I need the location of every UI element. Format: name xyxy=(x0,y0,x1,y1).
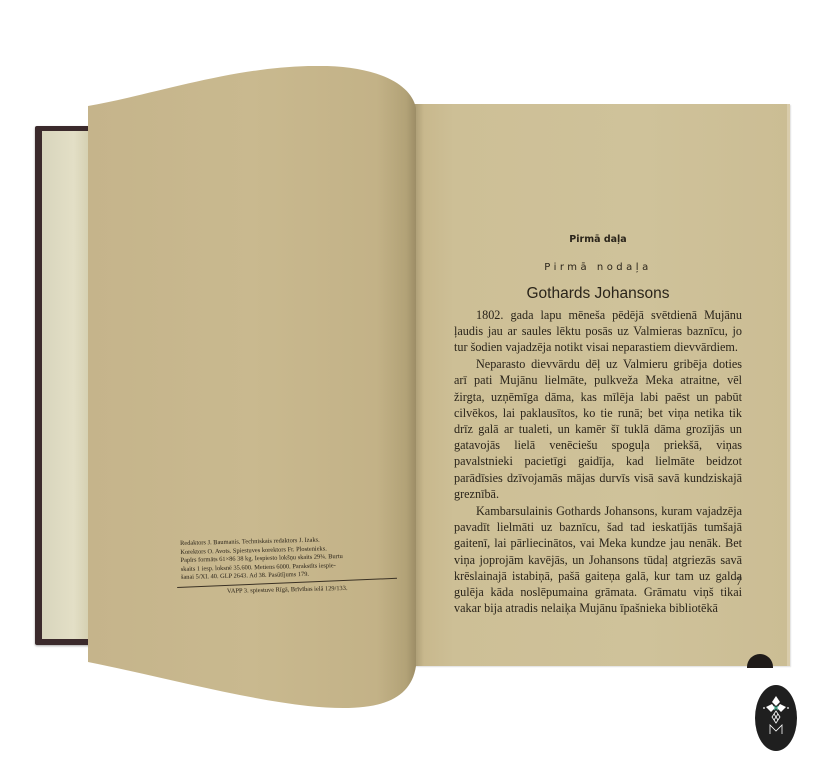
page-edge xyxy=(787,104,790,666)
chapter-text-block: Pirmā daļa Pirmā nodaļa Gothards Johanso… xyxy=(454,232,742,617)
chapter-title: Gothards Johansons xyxy=(454,286,742,302)
chapter-label: Pirmā nodaļa xyxy=(454,260,742,276)
left-page-shape xyxy=(88,66,418,710)
paragraph: 1802. gada lapu mēneša pēdējā svētdienā … xyxy=(454,307,742,356)
imprint-block: Redaktors J. Baumanis. Techniskais redak… xyxy=(180,535,393,598)
page-number: 7 xyxy=(696,574,742,589)
paragraph: Neparasto dievvārdu dēļ uz Valmieru grib… xyxy=(454,356,742,502)
flower-m-monogram-icon xyxy=(754,684,798,752)
part-title: Pirmā daļa xyxy=(454,232,742,248)
paragraph: Kambarsulainis Gothards Johansons, kuram… xyxy=(454,503,742,616)
left-page xyxy=(88,66,418,710)
right-page: Pirmā daļa Pirmā nodaļa Gothards Johanso… xyxy=(414,104,790,666)
book-photo: Pirmā daļa Pirmā nodaļa Gothards Johanso… xyxy=(0,0,814,768)
